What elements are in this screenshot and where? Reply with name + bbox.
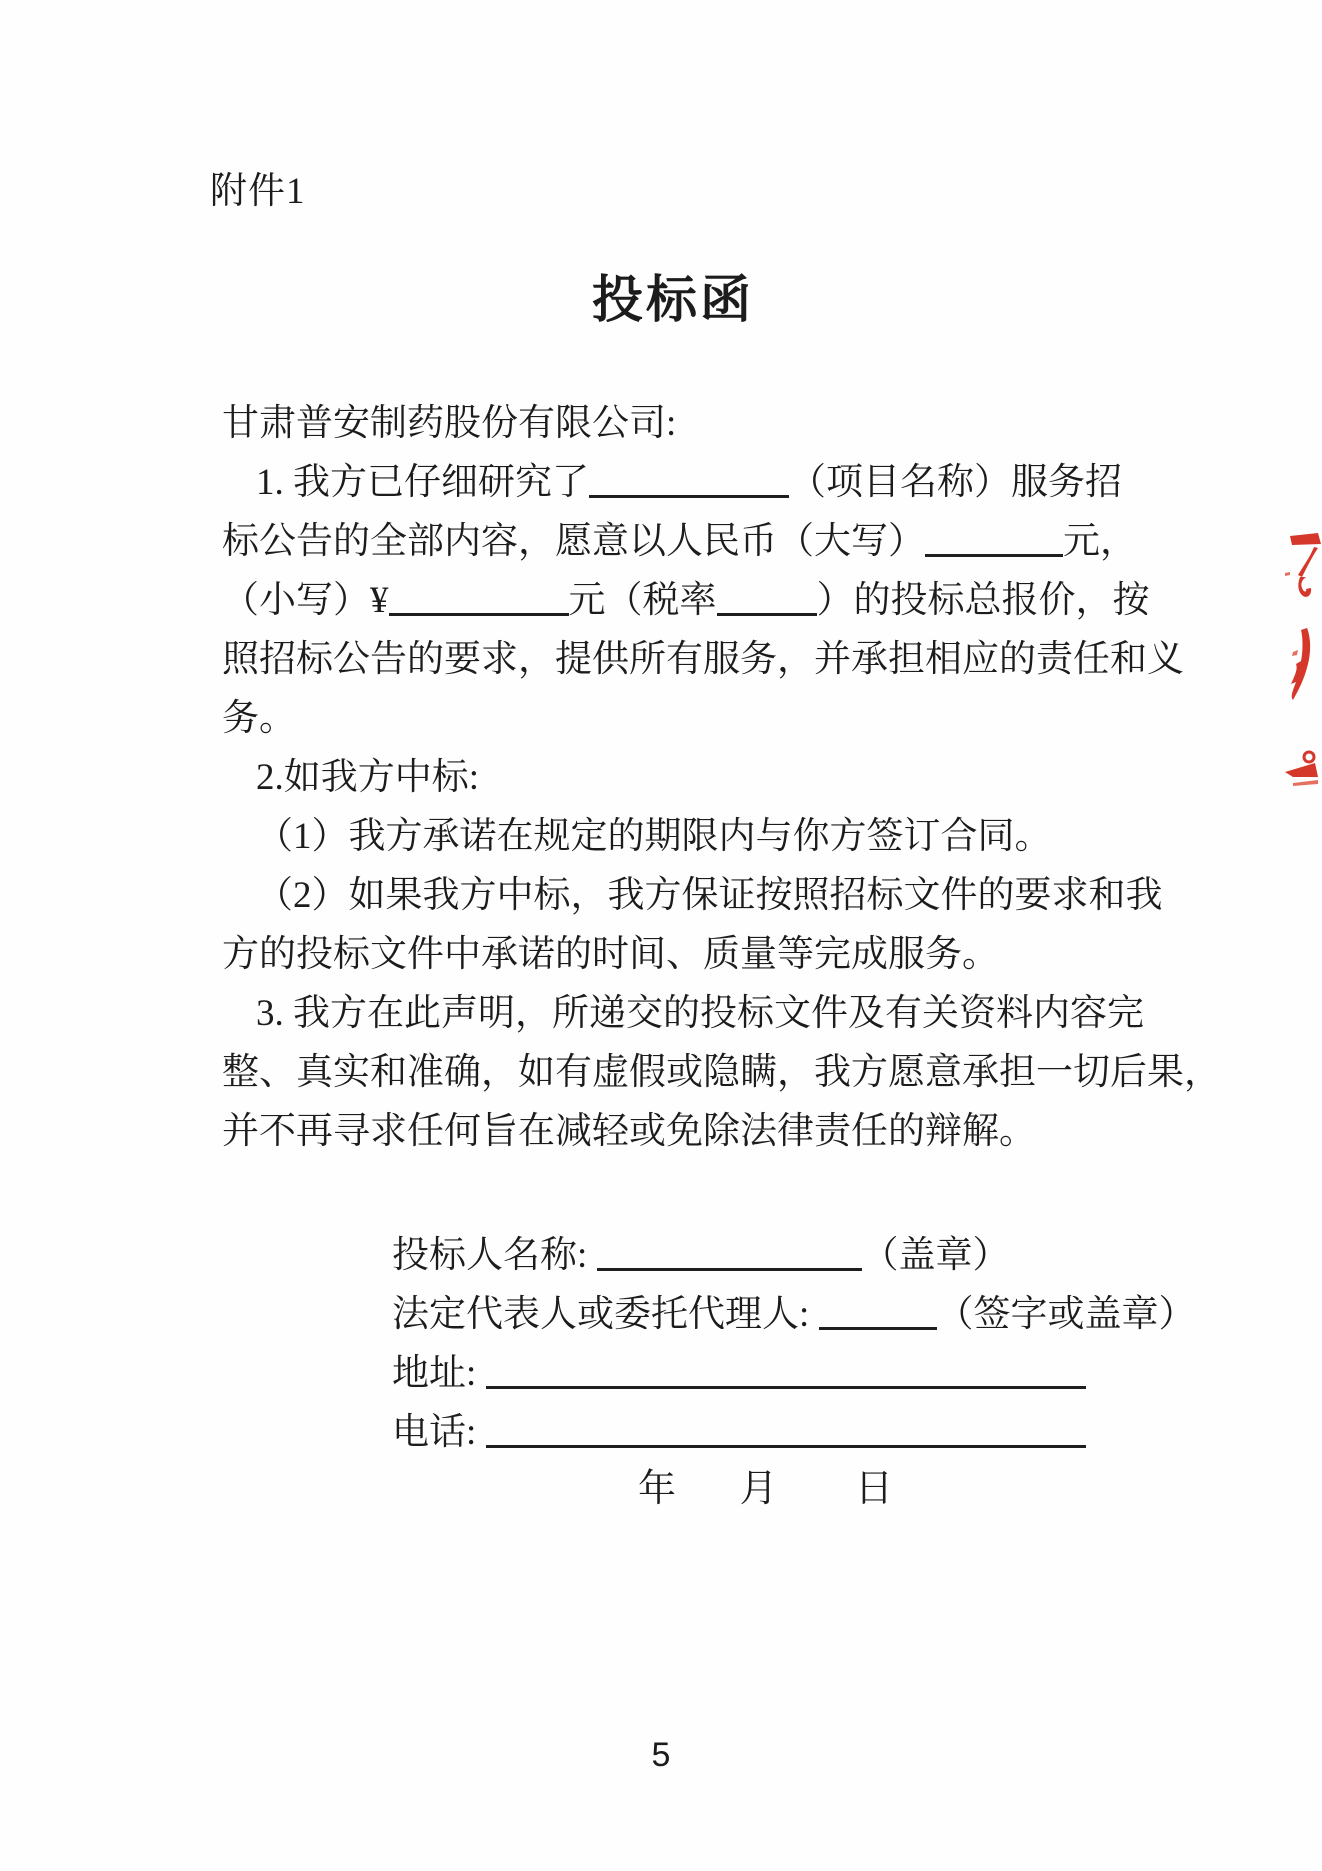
blank-underline	[486, 1414, 1086, 1448]
text-line: 电话:	[392, 1403, 1252, 1462]
blank-underline	[486, 1355, 1086, 1389]
attachment-label: 附件1	[210, 160, 306, 214]
text-segment: 标公告的全部内容，愿意以人民币（大写）	[222, 521, 925, 562]
text-line: 整、真实和准确，如有虚假或隐瞒，我方愿意承担一切后果，	[222, 1043, 1132, 1102]
text-line: 地址:	[392, 1344, 1252, 1403]
text-segment: 元，	[1063, 521, 1137, 562]
document-body: 甘肃普安制药股份有限公司:1. 我方已仔细研究了（项目名称）服务招标公告的全部内…	[222, 394, 1132, 1161]
text-segment: 地址:	[392, 1353, 486, 1394]
text-segment: 2.如我方中标:	[256, 757, 479, 798]
text-segment: 整、真实和准确，如有虚假或隐瞒，我方愿意承担一切后果，	[222, 1052, 1221, 1093]
text-line: 务。	[222, 689, 1132, 748]
text-segment: （小写）¥	[222, 580, 389, 621]
text-segment: 投标人名称:	[392, 1235, 597, 1276]
blank-underline	[717, 582, 817, 616]
date-day-label: 日	[855, 1460, 893, 1519]
text-line: （2）如果我方中标，我方保证按照招标文件的要求和我	[222, 866, 1132, 925]
text-segment: 甘肃普安制药股份有限公司:	[222, 403, 676, 444]
document-page: 附件1 投标函 甘肃普安制药股份有限公司:1. 我方已仔细研究了（项目名称）服务…	[0, 0, 1322, 1871]
red-ink-mark-icon	[1283, 628, 1317, 702]
text-segment: 1. 我方已仔细研究了	[256, 462, 589, 503]
page-number: 5	[0, 1736, 1322, 1775]
text-line: （小写）¥元（税率）的投标总报价，按	[222, 571, 1132, 630]
text-line: 2.如我方中标:	[222, 748, 1132, 807]
text-line: 甘肃普安制药股份有限公司:	[222, 394, 1132, 453]
blank-underline	[389, 582, 569, 616]
text-segment: 方的投标文件中承诺的时间、质量等完成服务。	[222, 934, 999, 975]
blank-underline	[819, 1296, 937, 1330]
text-segment: 法定代表人或委托代理人:	[392, 1294, 819, 1335]
text-line: 并不再寻求任何旨在减轻或免除法律责任的辩解。	[222, 1102, 1132, 1161]
text-line: 投标人名称: （盖章）	[392, 1226, 1252, 1285]
red-ink-mark-icon	[1283, 531, 1321, 603]
blank-underline	[925, 523, 1063, 557]
text-segment: 务。	[222, 698, 296, 739]
text-line: 方的投标文件中承诺的时间、质量等完成服务。	[222, 925, 1132, 984]
text-segment: （签字或盖章）	[937, 1294, 1196, 1335]
text-segment: 并不再寻求任何旨在减轻或免除法律责任的辩解。	[222, 1111, 1036, 1152]
blank-underline	[597, 1237, 862, 1271]
date-month-label: 月	[740, 1460, 778, 1519]
text-segment: 照招标公告的要求，提供所有服务，并承担相应的责任和义	[222, 639, 1184, 680]
text-segment: （项目名称）服务招	[789, 462, 1122, 503]
text-line: 照招标公告的要求，提供所有服务，并承担相应的责任和义	[222, 630, 1132, 689]
text-segment: 3. 我方在此声明，所递交的投标文件及有关资料内容完	[256, 993, 1144, 1034]
text-segment: ）的投标总报价，按	[817, 580, 1150, 621]
blank-underline	[589, 464, 789, 498]
red-ink-mark-icon	[1285, 750, 1321, 790]
date-year-label: 年	[638, 1460, 676, 1519]
page-title: 投标函	[222, 258, 1124, 332]
text-segment: （盖章）	[862, 1235, 1010, 1276]
text-segment: （1）我方承诺在规定的期限内与你方签订合同。	[256, 816, 1052, 857]
text-line: 1. 我方已仔细研究了（项目名称）服务招	[222, 453, 1132, 512]
date-line: 年 月 日	[392, 1460, 1092, 1519]
text-line: 标公告的全部内容，愿意以人民币（大写）元，	[222, 512, 1132, 571]
text-segment: 元（税率	[569, 580, 717, 621]
text-segment: （2）如果我方中标，我方保证按照招标文件的要求和我	[256, 875, 1163, 916]
text-segment: 电话:	[392, 1412, 486, 1453]
text-line: （1）我方承诺在规定的期限内与你方签订合同。	[222, 807, 1132, 866]
text-line: 3. 我方在此声明，所递交的投标文件及有关资料内容完	[222, 984, 1132, 1043]
text-line: 法定代表人或委托代理人: （签字或盖章）	[392, 1285, 1252, 1344]
signature-block: 投标人名称: （盖章）法定代表人或委托代理人: （签字或盖章）地址: 电话:	[392, 1226, 1252, 1462]
